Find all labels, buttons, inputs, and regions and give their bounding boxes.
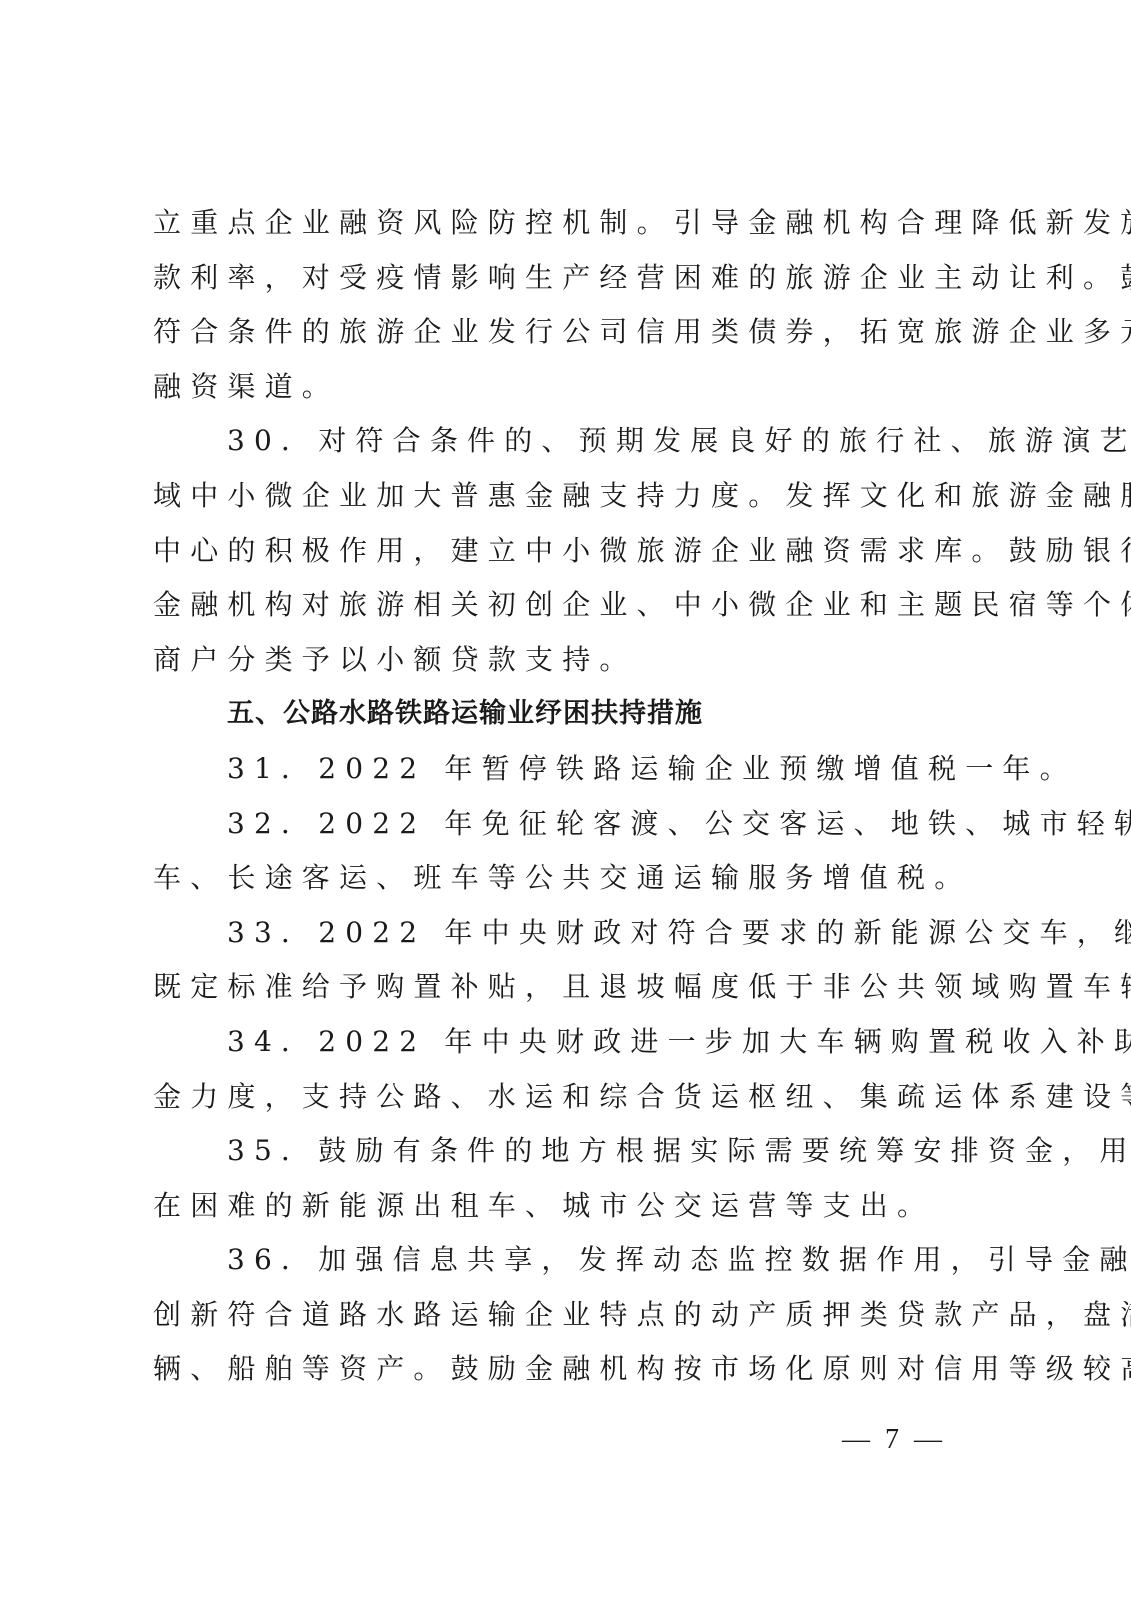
page-number: — 7 — xyxy=(842,1424,946,1456)
paragraph-line: 金融机构对旅游相关初创企业、中小微企业和主题民宿等个体工 xyxy=(153,578,983,633)
paragraph-line: 中心的积极作用，建立中小微旅游企业融资需求库。鼓励银行业 xyxy=(153,524,983,579)
item-31-line: 31．2022 年暂停铁路运输企业预缴增值税一年。 xyxy=(153,742,983,797)
item-34-line: 34．2022 年中央财政进一步加大车辆购置税收入补助地方资 xyxy=(153,1015,983,1070)
paragraph-line: 符合条件的旅游企业发行公司信用类债券，拓宽旅游企业多元化 xyxy=(153,305,983,360)
paragraph-line: 域中小微企业加大普惠金融支持力度。发挥文化和旅游金融服务 xyxy=(153,469,983,524)
paragraph-line: 车、长途客运、班车等公共交通运输服务增值税。 xyxy=(153,851,983,906)
paragraph-line: 创新符合道路水路运输企业特点的动产质押类贷款产品，盘活车 xyxy=(153,1288,983,1343)
item-30-line: 30．对符合条件的、预期发展良好的旅行社、旅游演艺等领 xyxy=(153,414,983,469)
item-32-line: 32．2022 年免征轮客渡、公交客运、地铁、城市轻轨、出租 xyxy=(153,797,983,852)
item-35-line: 35．鼓励有条件的地方根据实际需要统筹安排资金，用于存 xyxy=(153,1124,983,1179)
paragraph-line: 既定标准给予购置补贴，且退坡幅度低于非公共领域购置车辆。 xyxy=(153,960,983,1015)
paragraph-line: 辆、船舶等资产。鼓励金融机构按市场化原则对信用等级较高、 xyxy=(153,1342,983,1397)
section-heading: 五、公路水路铁路运输业纾困扶持措施 xyxy=(153,687,983,742)
item-33-line: 33．2022 年中央财政对符合要求的新能源公交车，继续按照 xyxy=(153,906,983,961)
item-36-line: 36．加强信息共享，发挥动态监控数据作用，引导金融机构 xyxy=(153,1233,983,1288)
paragraph-line: 融资渠道。 xyxy=(153,360,983,415)
paragraph-line: 商户分类予以小额贷款支持。 xyxy=(153,633,983,688)
document-page: 立重点企业融资风险防控机制。引导金融机构合理降低新发放贷 款利率，对受疫情影响生… xyxy=(153,196,983,1397)
paragraph-line: 立重点企业融资风险防控机制。引导金融机构合理降低新发放贷 xyxy=(153,196,983,251)
paragraph-line: 在困难的新能源出租车、城市公交运营等支出。 xyxy=(153,1179,983,1234)
paragraph-line: 款利率，对受疫情影响生产经营困难的旅游企业主动让利。鼓励 xyxy=(153,251,983,306)
paragraph-line: 金力度，支持公路、水运和综合货运枢纽、集疏运体系建设等。 xyxy=(153,1070,983,1125)
